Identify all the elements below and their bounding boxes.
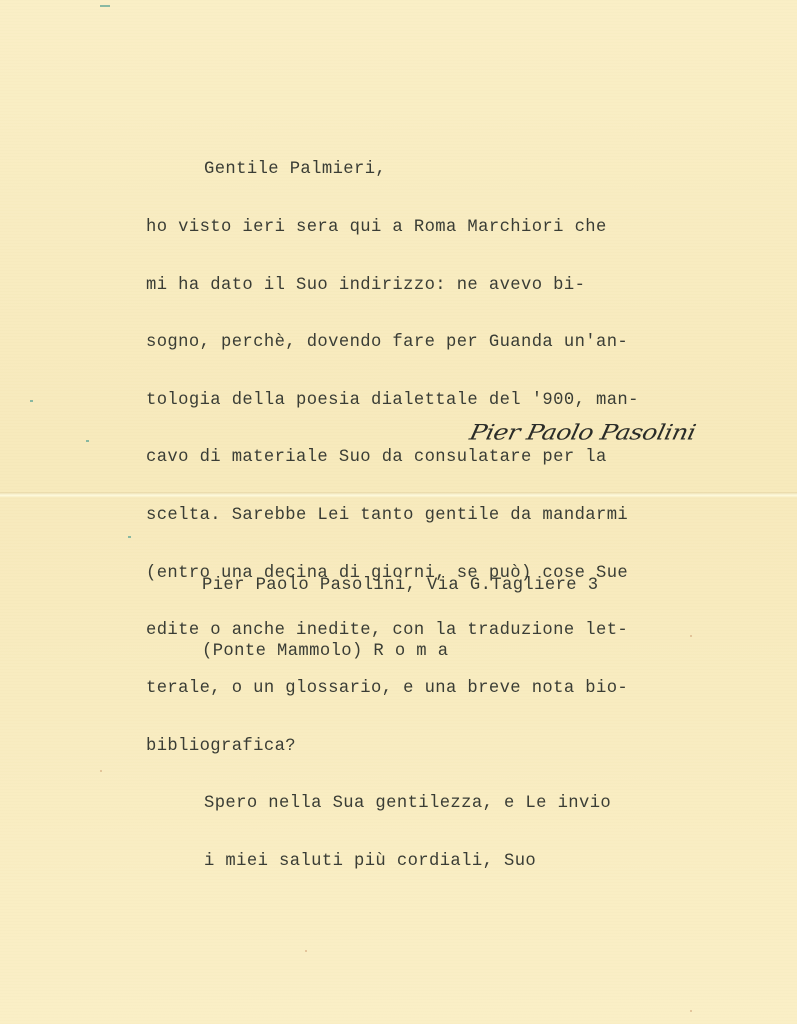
body-line: mi ha dato il Suo indirizzo: ne avevo bi…	[146, 276, 639, 295]
letter-body: Gentile Palmieri, ho visto ieri sera qui…	[146, 122, 639, 890]
body-line: ho visto ieri sera qui a Roma Marchiori …	[146, 218, 639, 237]
ink-mark	[30, 400, 33, 402]
ink-mark	[86, 440, 89, 442]
paper-speck	[100, 770, 102, 772]
address-line: (Ponte Mammolo) R o m a	[202, 641, 598, 663]
paper-speck	[690, 635, 692, 637]
body-line: cavo di materiale Suo da consulatare per…	[146, 448, 639, 467]
body-line: tologia della poesia dialettale del '900…	[146, 391, 639, 410]
body-line: scelta. Sarebbe Lei tanto gentile da man…	[146, 506, 639, 525]
address-line: Pier Paolo Pasolini, Via G.Tagliere 3	[202, 575, 598, 597]
handwritten-signature: Pier Paolo Pasolini	[467, 420, 697, 445]
body-line: sogno, perchè, dovendo fare per Guanda u…	[146, 333, 639, 352]
ink-mark	[100, 5, 110, 7]
closing-line: i miei saluti più cordiali, Suo	[146, 852, 639, 871]
body-line: bibliografica?	[146, 737, 639, 756]
closing-line: Spero nella Sua gentilezza, e Le invio	[146, 794, 639, 813]
sender-address: Pier Paolo Pasolini, Via G.Tagliere 3 (P…	[202, 531, 598, 685]
ink-mark	[128, 536, 131, 538]
paper-speck	[690, 1010, 692, 1012]
paper-speck	[305, 950, 307, 952]
salutation: Gentile Palmieri,	[146, 160, 639, 179]
